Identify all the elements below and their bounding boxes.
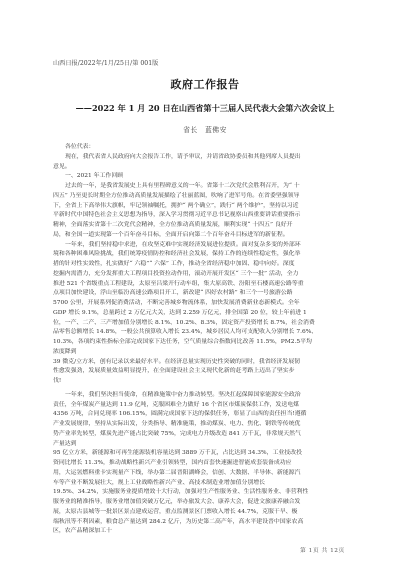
text-line: 展，太原古县城等一批景区景点建成运营，重点监测景区门票收入增长 44.7%，克服… — [53, 508, 365, 518]
salutation: 各位代表： — [53, 143, 365, 153]
text-line: 4356 万吨，合同兑现率 106.15%，圆满完成国家下达的保供任务，彰显了山… — [53, 410, 365, 420]
author-line: 省长 蓝佛安 — [0, 124, 410, 134]
text-line: 服务业的精准指导，服务业增加值突破万亿元，举办旅发大会、康养大会，促进文旅康养融… — [53, 498, 365, 508]
text-line: 性愈发强劲，发展质量效益明显提升，在全面建设社会主义现代化新的赶考路上迈出了坚实… — [53, 367, 365, 377]
text-line: 伐! — [53, 377, 365, 387]
section-heading: 一、2021 年工作回顾 — [53, 172, 365, 182]
text-line: 责任，全年煤炭产量达到 11.9 亿吨，克服困难全力做好 16 个省区市煤炭保供… — [53, 401, 365, 411]
document-body: 各位代表： 现在，我代表省人民政府向大会报告工作，请予审议，并请省政协委员和其他… — [53, 143, 365, 547]
text-line: 5700 公里，开展系列促消费活动，不断完善城乡物流体系，加快发展消费新业态新模… — [53, 299, 365, 309]
document-page: 山西日报/2022年/1月/25日/第 001版 政府工作报告 ——2022 年… — [0, 0, 410, 580]
text-line: 产业发展规律，坚持从实际出发，分类指导、精准施策，推动煤炭、电力、焦化、钢铁等传… — [53, 420, 365, 430]
text-line: 浓度降到 — [53, 348, 365, 358]
text-line: 挖掘内需潜力，充分发挥重大工程项目投资拉动作用，滚动开展开发区“ 三个一批” 活… — [53, 270, 365, 280]
text-line: 19.5%、34.2%，实施服务业提质增效十大行动，加强对生产性服务业、生活性服… — [53, 488, 365, 498]
text-line: 措的针对性实效性，扎实做好“ 六稳”“ 六保” 工作，推动全省经济稳中加固、稳中… — [53, 260, 365, 270]
text-line: 推进 521 个省级重点工程建设，太原至吕梁开行动车组，集大原高铁、汾阳至石楼高… — [53, 280, 365, 290]
text-line: 区，农产品精深加工十 — [53, 527, 365, 537]
text-line: 过去的一年，是我省发展史上具有里程碑意义的一年。省第十二次党代会胜利召开，为“ … — [53, 182, 365, 192]
text-line: 一年来，我们坚决担当使命，在精准施策中奋力推动转型。坚决扛起保障国家能源安全政治 — [53, 391, 365, 401]
text-line: 意见。 — [53, 163, 365, 173]
text-line: 下，全省上下高举伟大旗帜，牢记领袖嘱托，拥护“ 两个确立”，践行“ 两个维护”，… — [53, 202, 365, 212]
text-line: 产量达到 — [53, 440, 365, 450]
text-line: 局，和全国一道实现第一个百年奋斗目标，全面开启向第二个百年奋斗目标进军的新征程。 — [53, 231, 365, 241]
text-line: GDP 增长 9.1%，总量跨过 2 万亿元大关，达到 2.259 万亿元，排全… — [53, 309, 365, 319]
text-line: 车等产业不断发展壮大，规上工业战略性新兴产业、高技术制造业增加值分别增长 — [53, 479, 365, 489]
document-subtitle: ——2022 年 1 月 20 日在山西省第十三届人民代表大会第六次会议上 — [0, 103, 410, 114]
text-line: 用，大运氢燃料重卡实现量产下线，举办第二届晋阳湖峰会，信创、大数据、半导体、新能… — [53, 469, 365, 479]
text-line: 势产业率先转型，煤炭先进产能占比突破 75%，完成电力升级改造 841 万千瓦，… — [53, 430, 365, 440]
text-line: 位，一产、二产、三产增加值分别增长 8.1%、10.2%、8.3%，固定资产投资… — [53, 319, 365, 329]
source-line: 山西日报/2022年/1月/25日/第 001版 — [53, 58, 158, 67]
text-line: 精神，全面落实省第十二次党代会精神，全方位推动高质量发展，顺利实现“ 十四五” … — [53, 221, 365, 231]
text-line: 四五” 乃至更长时期全方位推动高质量发展描绘了壮丽蓝图，吹响了进军号角。在省委坚… — [53, 192, 365, 202]
text-line: 端秋汛等不利因素，粮食总产量达到 284.2 亿斤，为历史第二高产年，高水平建设… — [53, 518, 365, 528]
text-line: 95 亿立方米，新能源和可再生能源装机容量达到 3889 万千瓦，占比达到 34… — [53, 449, 365, 459]
document-title: 政府工作报告 — [0, 76, 410, 92]
text-line: 境和各种困难风险挑战，我们统筹疫情防控和经济社会发展，保持工作的连续性稳定性，强… — [53, 250, 365, 260]
text-line: 品零售总额增长 14.8%，一般公共预算收入增长 23.4%，城乡居民人均可支配… — [53, 328, 365, 338]
text-line: 一年来，我们坚持稳中求进，在攻坚克难中实现经济发展进位提质。面对复杂多变的外部环 — [53, 241, 365, 251]
text-line: 现在，我代表省人民政府向大会报告工作，请予审议，并请省政协委员和其他列席人员提出 — [53, 153, 365, 163]
text-line: 点项目加快建设，浮山至临汾高速公路项目开工，新改建“ 四好农村路” 和三个一号旅… — [53, 289, 365, 299]
text-line: 资同比增长 11.3%，推动战略性新兴产业引领转型，国内首套快速掘进智能成套装备… — [53, 459, 365, 469]
text-line: 39 微克/立方米，创有记录以来最好水平。在经济总量实现历史性突破的同时，我省经… — [53, 358, 365, 368]
page-number: 第 1页 共 12页 — [300, 545, 345, 554]
text-line: 10.3%，各项约束性指标全部完成国家下达任务，空气质量综合指数同比改善 11.… — [53, 338, 365, 348]
text-line: 平新时代中国特色社会主义思想为指导，深入学习贯彻习近平总书记视察山西重要讲话重要… — [53, 211, 365, 221]
